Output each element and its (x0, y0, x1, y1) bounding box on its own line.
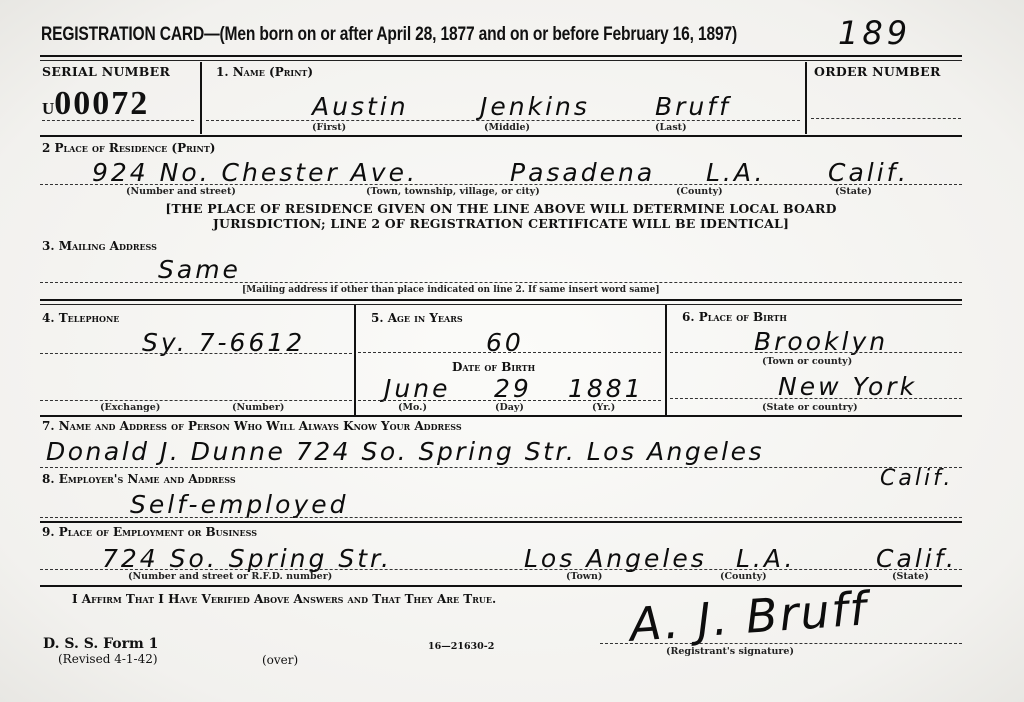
employment-line (40, 569, 962, 570)
rule (40, 415, 962, 417)
registration-card: REGISTRATION CARD—(Men born on or after … (0, 0, 1024, 702)
rule (40, 55, 962, 57)
employment-county-caption: (County) (720, 571, 767, 582)
name-middle: Jenkins (480, 92, 590, 121)
employment-street-caption: (Number and street or R.F.D. number) (128, 571, 332, 582)
rule (40, 521, 962, 523)
serial-digits: 00072 (54, 85, 149, 122)
residence-state: Calif. (828, 158, 909, 187)
serial-line (42, 120, 194, 121)
contact-label: 7. Name and Address of Person Who Will A… (42, 419, 462, 433)
affirmation-text: I Affirm That I Have Verified Above Answ… (72, 592, 496, 606)
name-label: 1. Name (Print) (216, 65, 313, 79)
birthplace-state-line (670, 398, 962, 399)
rule (40, 60, 962, 61)
mailing-value: Same (158, 255, 241, 284)
print-code: 16—21630-2 (428, 641, 494, 652)
age-label: 5. Age in Years (371, 311, 463, 325)
mailing-line (40, 282, 962, 283)
dob-label: Date of Birth (452, 360, 535, 374)
telephone-label: 4. Telephone (42, 311, 119, 325)
residence-notice-line2: JURISDICTION; LINE 2 OF REGISTRATION CER… (40, 216, 962, 231)
rule (40, 304, 962, 305)
residence-county: L.A. (706, 158, 765, 187)
card-title: REGISTRATION CARD—(Men born on or after … (41, 24, 737, 46)
name-first: Austin (312, 92, 409, 121)
serial-prefix: U (42, 99, 54, 118)
residence-label: 2 Place of Residence (Print) (42, 141, 215, 155)
residence-street: 924 No. Chester Ave. (92, 158, 418, 187)
contact-value-line2: Calif. (880, 466, 953, 491)
name-middle-caption: (Middle) (484, 122, 530, 133)
residence-state-caption: (State) (835, 186, 872, 197)
telephone-line-2 (40, 400, 352, 401)
employer-value: Self-employed (130, 490, 348, 519)
birthplace-state: New York (778, 372, 917, 401)
divider (665, 305, 667, 415)
name-line (206, 120, 800, 121)
mailing-label: 3. Mailing Address (42, 239, 157, 253)
birthplace-label: 6. Place of Birth (682, 310, 787, 324)
birthplace-town-line (670, 352, 962, 353)
divider (200, 62, 202, 134)
dob-month-caption: (Mo.) (398, 402, 427, 413)
dob-month: June (384, 374, 450, 403)
age-line (358, 352, 661, 353)
divider (354, 305, 356, 415)
employer-line (40, 517, 962, 518)
employment-town-caption: (Town) (566, 571, 602, 582)
name-last-caption: (Last) (655, 122, 687, 133)
telephone-exchange-caption: (Exchange) (100, 402, 160, 413)
employment-label: 9. Place of Employment or Business (42, 525, 257, 539)
form-revised: (Revised 4-1-42) (58, 652, 158, 666)
name-first-caption: (First) (312, 122, 346, 133)
residence-county-caption: (County) (676, 186, 723, 197)
order-number-line (811, 118, 961, 119)
residence-town: Pasadena (510, 158, 655, 187)
contact-line (40, 467, 962, 468)
name-last: Bruff (655, 92, 731, 121)
form-number: D. S. S. Form 1 (43, 636, 158, 652)
telephone-line (40, 353, 352, 354)
dob-year-caption: (Yr.) (592, 402, 615, 413)
dob-year: 1881 (568, 374, 644, 403)
handwritten-number: 189 (838, 14, 911, 52)
employment-state-caption: (State) (892, 571, 929, 582)
divider (805, 62, 807, 134)
employer-label: 8. Employer's Name and Address (42, 472, 236, 486)
residence-street-caption: (Number and street) (126, 186, 236, 197)
dob-day-caption: (Day) (495, 402, 524, 413)
over-note: (over) (262, 653, 298, 667)
rule (40, 299, 962, 301)
residence-notice: [THE PLACE OF RESIDENCE GIVEN ON THE LIN… (40, 201, 962, 231)
birthplace-town-caption: (Town or county) (762, 356, 852, 367)
registrant-signature: A. J. Bruff (628, 581, 870, 651)
serial-number-value: U00072 (42, 85, 149, 123)
telephone-number-caption: (Number) (232, 402, 284, 413)
signature-caption: (Registrant's signature) (666, 646, 794, 657)
dob-day: 29 (494, 374, 532, 403)
rule (40, 135, 962, 137)
mailing-note: [Mailing address if other than place ind… (242, 285, 660, 295)
order-number-label: ORDER NUMBER (814, 64, 941, 79)
residence-notice-line1: [THE PLACE OF RESIDENCE GIVEN ON THE LIN… (40, 201, 962, 216)
residence-line (40, 184, 962, 185)
contact-value: Donald J. Dunne 724 So. Spring Str. Los … (46, 437, 764, 466)
dob-line (358, 400, 661, 401)
residence-town-caption: (Town, township, village, or city) (366, 186, 540, 197)
serial-number-label: SERIAL NUMBER (42, 64, 170, 79)
birthplace-state-caption: (State or country) (762, 402, 858, 413)
